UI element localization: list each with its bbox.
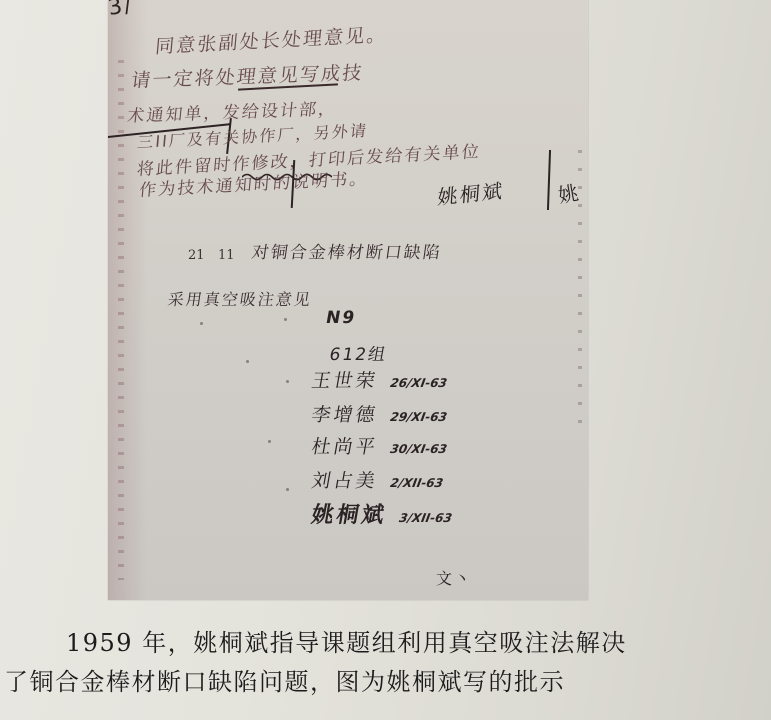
caption-line-2: 了铜合金棒材断口缺陷问题，图为姚桐斌写的批示	[0, 663, 771, 702]
form-serial: N9	[324, 308, 358, 328]
speck	[284, 318, 287, 321]
signature-row: 王世荣 26/XI-63	[310, 366, 450, 393]
signer-date: 26/XI-63	[389, 376, 448, 390]
annotation-line-1: 同意张副处长处理意见。	[154, 20, 389, 59]
signer-name: 刘占美	[310, 470, 380, 492]
signature-row: 刘占美 2/XII-63	[310, 466, 446, 493]
figure-caption: 1959 年，姚桐斌指导课题组利用真空吸注法解决 了铜合金棒材断口缺陷问题，图为…	[0, 624, 771, 702]
form-number: 11	[218, 248, 235, 263]
speck	[246, 360, 249, 363]
speck	[286, 488, 289, 491]
signer-date: 29/XI-63	[389, 410, 448, 424]
form-group: 612组	[328, 340, 390, 365]
signer-name: 王世荣	[310, 370, 380, 392]
signer-name: 杜尚平	[310, 436, 380, 458]
side-signature-mark: 姚	[556, 176, 583, 208]
form-label: 21	[188, 248, 205, 263]
signer-date: 3/XII-63	[398, 511, 453, 525]
pen-stroke	[547, 150, 551, 210]
left-margin-marks	[118, 60, 124, 580]
signer-date: 30/XI-63	[389, 442, 448, 456]
signer-date: 2/XII-63	[389, 476, 444, 490]
form-title-line: 对铜合金棒材断口缺陷	[250, 238, 444, 263]
form-subtitle-line: 采用真空吸注意见	[166, 287, 313, 310]
caption-line-1: 1959 年，姚桐斌指导课题组利用真空吸注法解决	[0, 624, 771, 663]
signer-name: 李增德	[310, 404, 380, 426]
annotation-signature: 姚桐斌	[437, 175, 506, 211]
speck	[268, 440, 271, 443]
signature-row: 杜尚平 30/XI-63	[310, 432, 450, 459]
signature-row: 姚桐斌 3/XII-63	[309, 498, 455, 529]
signer-name: 姚桐斌	[309, 503, 388, 528]
handwritten-document-photo: 3/ 同意张副处长处理意见。 请一定将处理意见写成技 术通知单，发给设计部， 三…	[108, 0, 588, 600]
top-corner-mark: 3/	[108, 0, 135, 21]
speck	[200, 322, 203, 325]
signature-row: 李增德 29/XI-63	[310, 400, 450, 427]
speck	[286, 380, 289, 383]
footer-mark: 文丶	[436, 566, 472, 589]
